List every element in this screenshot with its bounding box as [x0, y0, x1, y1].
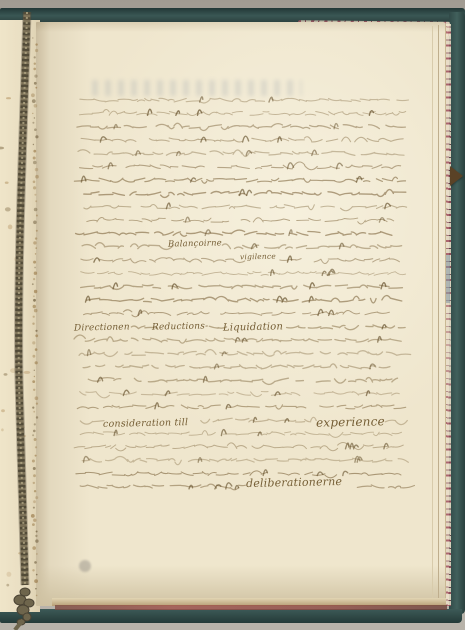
legible-word: consideration till — [103, 417, 188, 430]
legible-word: experience — [316, 414, 385, 429]
legible-word: deliberationerne — [246, 475, 342, 490]
handwriting-and-cord-layer — [0, 0, 465, 630]
legible-word: Directionen — [74, 322, 130, 333]
legible-word: Balançoirne — [168, 239, 222, 250]
legible-word: Liquidation — [223, 322, 283, 334]
legible-word: vigilence — [240, 252, 276, 262]
scanned-book-page: BalançoirnevigilenceDirectionenReduction… — [0, 0, 465, 630]
legible-word: Reductions- — [152, 321, 208, 332]
